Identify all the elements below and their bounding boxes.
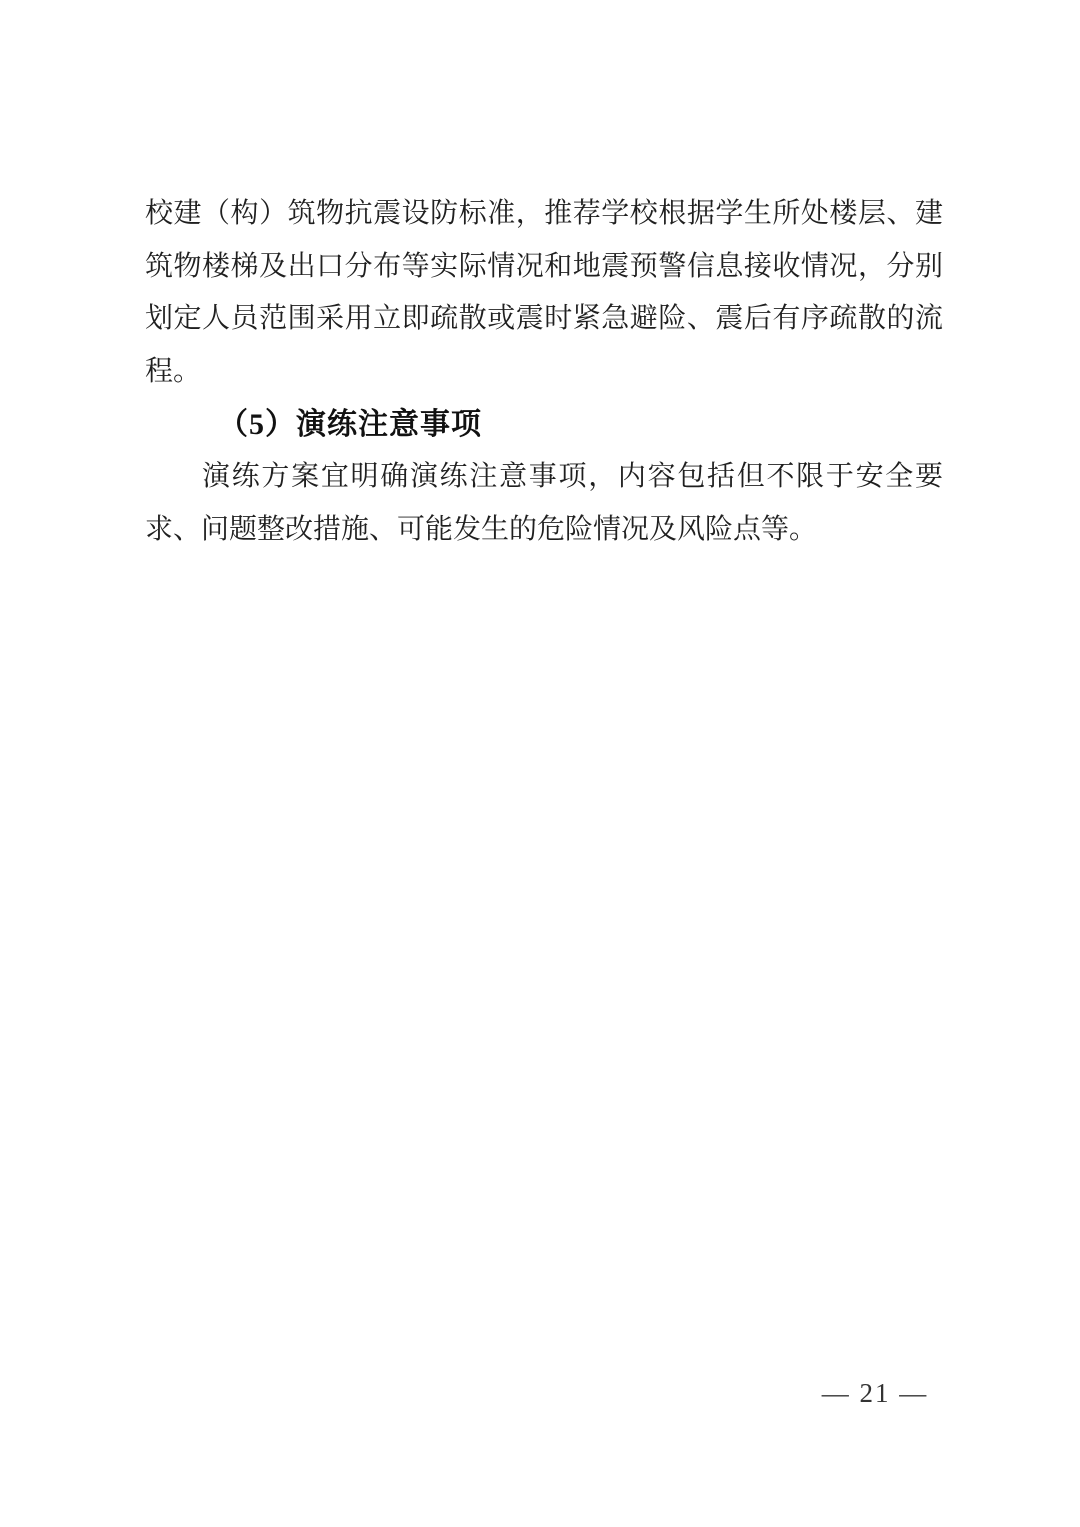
paragraph-line: 校建（构）筑物抗震设防标准，推荐学校根据学生所处楼层、建: [145, 188, 943, 241]
section-heading: （5）演练注意事项: [218, 399, 943, 452]
paragraph-line: 筑物楼梯及出口分布等实际情况和地震预警信息接收情况，分别: [145, 241, 943, 294]
paragraph-line: 程。: [145, 346, 943, 399]
paragraph-line: 划定人员范围采用立即疏散或震时紧急避险、震后有序疏散的流: [145, 293, 943, 346]
body-text-block: 校建（构）筑物抗震设防标准，推荐学校根据学生所处楼层、建 筑物楼梯及出口分布等实…: [145, 188, 943, 557]
document-page: 校建（构）筑物抗震设防标准，推荐学校根据学生所处楼层、建 筑物楼梯及出口分布等实…: [0, 0, 1080, 1527]
paragraph-line: 求、问题整改措施、可能发生的危险情况及风险点等。: [145, 504, 943, 557]
page-number: — 21 —: [815, 1376, 935, 1410]
paragraph-line: 演练方案宜明确演练注意事项，内容包括但不限于安全要: [145, 451, 943, 504]
